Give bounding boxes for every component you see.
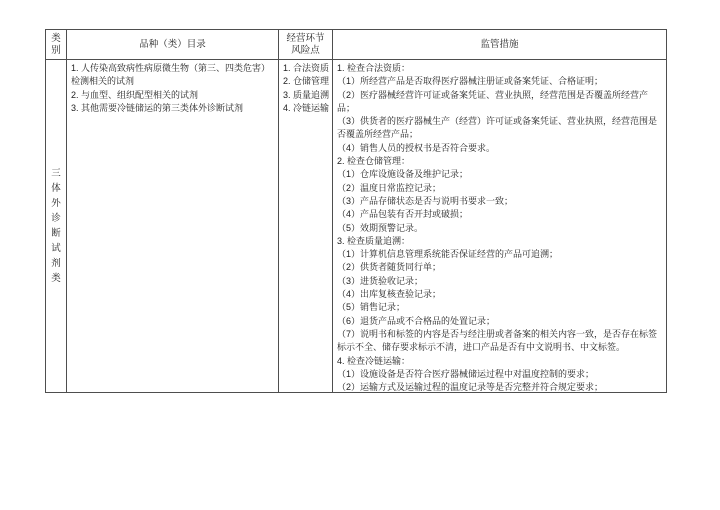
measure-line: （1）计算机信息管理系统能否保证经营的产品可追溯； bbox=[337, 248, 663, 261]
body-cell-category: 三体外诊断试剂类 bbox=[46, 60, 67, 392]
risk-point-item: 4. 冷链运输 bbox=[283, 102, 329, 115]
body-cell-measures: 1. 检查合法资质：（1）所经营产品是否取得医疗器械注册证或备案凭证、合格证明；… bbox=[333, 60, 666, 392]
measure-line: 1. 检查合法资质： bbox=[337, 62, 663, 75]
header-cell-risk: 经营环节风险点 bbox=[279, 30, 333, 60]
risk-point-item: 2. 仓储管理 bbox=[283, 75, 329, 88]
measure-line: （5）销售记录； bbox=[337, 301, 663, 314]
measure-line: （2）医疗器械经营许可证或备案凭证、营业执照，经营范围是否覆盖所经营产品； bbox=[337, 89, 663, 116]
body-cell-risk: 1. 合法资质2. 仓储管理3. 质量追溯4. 冷链运输 bbox=[279, 60, 333, 392]
measure-line: （1）仓库设施设备及维护记录； bbox=[337, 168, 663, 181]
catalog-item: 1. 人传染高致病性病原微生物（第三、四类危害）检测相关的试剂 bbox=[71, 62, 275, 89]
header-cell-category: 类别 bbox=[46, 30, 67, 60]
header-label-catalog: 品种（类）目录 bbox=[139, 39, 206, 51]
measure-line: （1）设施设备是否符合医疗器械储运过程中对温度控制的要求； bbox=[337, 368, 663, 381]
header-cell-catalog: 品种（类）目录 bbox=[67, 30, 279, 60]
document-page: 类别 品种（类）目录 经营环节风险点 监管措施 三体外诊断试剂类 1. 人传染高… bbox=[0, 0, 720, 510]
risk-point-item: 1. 合法资质 bbox=[283, 62, 329, 75]
catalog-item: 3. 其他需要冷链储运的第三类体外诊断试剂 bbox=[71, 102, 275, 115]
measure-line: （2）供货者随货同行单； bbox=[337, 261, 663, 274]
header-label-category: 类别 bbox=[50, 33, 61, 57]
category-vertical-label: 三体外诊断试剂类 bbox=[50, 166, 61, 286]
measure-line: （4）产品包装有否开封或破损； bbox=[337, 208, 663, 221]
header-cell-measures: 监管措施 bbox=[333, 30, 666, 60]
header-label-measures: 监管措施 bbox=[480, 39, 518, 51]
catalog-item-list: 1. 人传染高致病性病原微生物（第三、四类危害）检测相关的试剂2. 与血型、组织… bbox=[71, 62, 275, 115]
risk-point-item: 3. 质量追溯 bbox=[283, 89, 329, 102]
measure-line: （3）供货者的医疗器械生产（经营）许可证或备案凭证、营业执照，经营范围是否覆盖所… bbox=[337, 115, 663, 142]
measure-line: （6）退货产品或不合格品的处置记录； bbox=[337, 315, 663, 328]
regulation-table: 类别 品种（类）目录 经营环节风险点 监管措施 三体外诊断试剂类 1. 人传染高… bbox=[45, 29, 667, 393]
measure-line: 4. 检查冷链运输： bbox=[337, 355, 663, 368]
measure-line: 2. 检查仓储管理： bbox=[337, 155, 663, 168]
header-label-risk: 经营环节风险点 bbox=[287, 33, 325, 57]
measure-line: （4）出库复核查验记录； bbox=[337, 288, 663, 301]
measure-line: （3）产品存储状态是否与说明书要求一致； bbox=[337, 195, 663, 208]
measure-line: （2）温度日常监控记录； bbox=[337, 182, 663, 195]
measure-line: （3）进货验收记录； bbox=[337, 275, 663, 288]
measure-list: 1. 检查合法资质：（1）所经营产品是否取得医疗器械注册证或备案凭证、合格证明；… bbox=[337, 62, 663, 392]
measure-line: （1）所经营产品是否取得医疗器械注册证或备案凭证、合格证明； bbox=[337, 75, 663, 88]
measure-line: （7）说明书和标签的内容是否与经注册或者备案的相关内容一致，是否存在标签标示不全… bbox=[337, 328, 663, 355]
risk-point-list: 1. 合法资质2. 仓储管理3. 质量追溯4. 冷链运输 bbox=[283, 62, 329, 115]
measure-line: 3. 检查质量追溯： bbox=[337, 235, 663, 248]
measure-line: （5）效期预警记录。 bbox=[337, 222, 663, 235]
measure-line: （2）运输方式及运输过程的温度记录等是否完整并符合规定要求； bbox=[337, 381, 663, 392]
measure-line: （4）销售人员的授权书是否符合要求。 bbox=[337, 142, 663, 155]
body-cell-catalog: 1. 人传染高致病性病原微生物（第三、四类危害）检测相关的试剂2. 与血型、组织… bbox=[67, 60, 279, 392]
catalog-item: 2. 与血型、组织配型相关的试剂 bbox=[71, 89, 275, 102]
